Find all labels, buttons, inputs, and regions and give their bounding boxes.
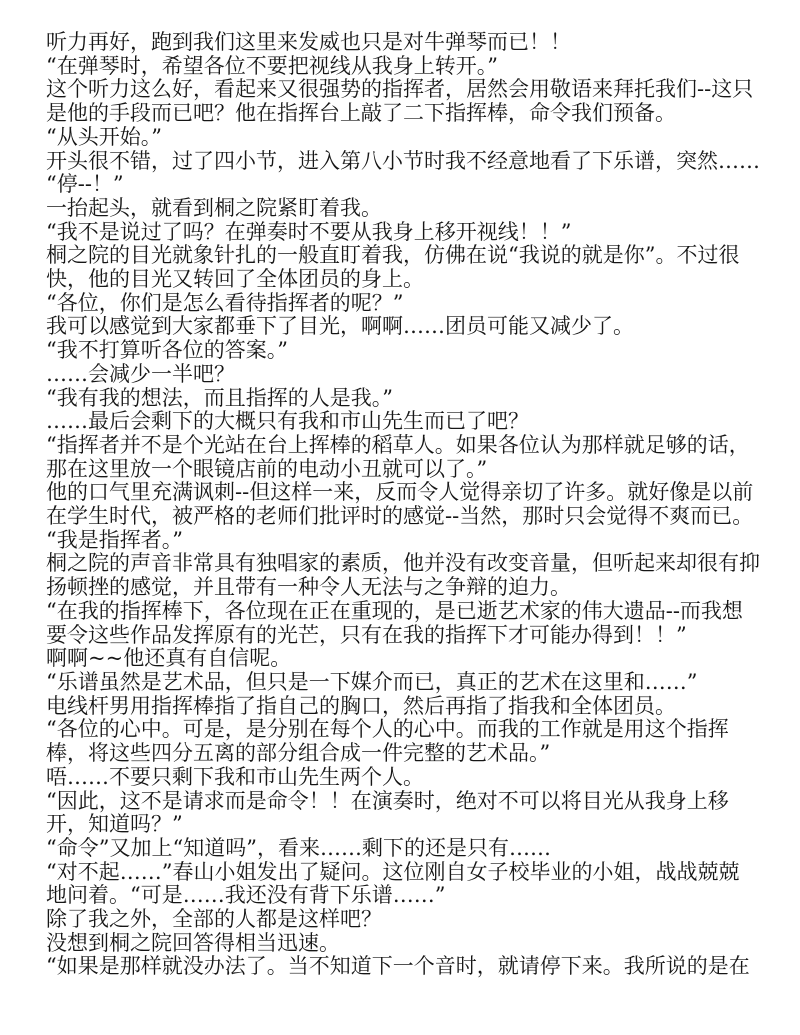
text-line: “从头开始。” [46, 126, 772, 150]
text-line: 在学生时代，被严格的老师们批评时的感觉--当然，那时只会觉得不爽而已。 [46, 505, 772, 529]
text-line: 他的口气里充满讽刺--但这样一来，反而令人觉得亲切了许多。就好像是以前 [46, 481, 772, 505]
text-line: “我是指挥者。” [46, 529, 772, 553]
text-line: “对不起……”春山小姐发出了疑问。这位刚自女子校毕业的小姐，战战兢兢 [46, 861, 772, 885]
text-line: 那在这里放一个眼镜店前的电动小丑就可以了。” [46, 458, 772, 482]
text-line: “停--！” [46, 173, 772, 197]
text-line: 我可以感觉到大家都垂下了目光，啊啊……团员可能又减少了。 [46, 315, 772, 339]
text-line: “因此，这不是请求而是命令！！在演奏时，绝对不可以将目光从我身上移 [46, 790, 772, 814]
text-line: ……会减少一半吧？ [46, 363, 772, 387]
text-line: “乐谱虽然是艺术品，但只是一下媒介而已，真正的艺术在这里和……” [46, 671, 772, 695]
text-line: 桐之院的目光就象针扎的一般直盯着我，仿佛在说“我说的就是你”。不过很 [46, 244, 772, 268]
text-line: 扬顿挫的感觉，并且带有一种令人无法与之争辩的迫力。 [46, 576, 772, 600]
text-line: 快，他的目光又转回了全体团员的身上。 [46, 268, 772, 292]
text-line: “在我的指挥棒下，各位现在正在重现的，是已逝艺术家的伟大遗品--而我想 [46, 600, 772, 624]
text-line: “我不是说过了吗？在弹奏时不要从我身上移开视线！！” [46, 221, 772, 245]
text-line: “各位的心中。可是，是分别在每个人的心中。而我的工作就是用这个指挥 [46, 718, 772, 742]
text-line: “我有我的想法，而且指挥的人是我。” [46, 387, 772, 411]
text-line: 桐之院的声音非常具有独唱家的素质，他并没有改变音量，但听起来却很有抑 [46, 552, 772, 576]
text-line: 要令这些作品发挥原有的光芒，只有在我的指挥下才可能办得到！！” [46, 624, 772, 648]
text-line: 电线杆男用指挥棒指了指自己的胸口，然后再指了指我和全体团员。 [46, 695, 772, 719]
text-line: “各位，你们是怎么看待指挥者的呢？” [46, 292, 772, 316]
text-line: 一抬起头，就看到桐之院紧盯着我。 [46, 197, 772, 221]
text-line: 棒，将这些四分五离的部分组合成一件完整的艺术品。” [46, 742, 772, 766]
text-line: “如果是那样就没办法了。当不知道下一个音时，就请停下来。我所说的是在 [46, 955, 772, 979]
text-line: 啊啊~~他还真有自信呢。 [46, 647, 772, 671]
text-line: ……最后会剩下的大概只有我和市山先生而已了吧？ [46, 410, 772, 434]
text-line: 没想到桐之院回答得相当迅速。 [46, 932, 772, 956]
text-line: 除了我之外，全部的人都是这样吧？ [46, 908, 772, 932]
text-line: 唔……不要只剩下我和市山先生两个人。 [46, 766, 772, 790]
novel-page: 听力再好，跑到我们这里来发威也只是对牛弹琴而已！！“在弹琴时，希望各位不要把视线… [0, 0, 800, 1035]
text-line: “我不打算听各位的答案。” [46, 339, 772, 363]
text-line: 听力再好，跑到我们这里来发威也只是对牛弹琴而已！！ [46, 31, 772, 55]
text-line: “指挥者并不是个光站在台上挥棒的稻草人。如果各位认为那样就足够的话， [46, 434, 772, 458]
text-line: 地问着。“可是……我还没有背下乐谱……” [46, 884, 772, 908]
novel-text-block: 听力再好，跑到我们这里来发威也只是对牛弹琴而已！！“在弹琴时，希望各位不要把视线… [46, 31, 772, 979]
text-line: 是他的手段而已吧？他在指挥台上敲了二下指挥棒，命令我们预备。 [46, 102, 772, 126]
text-line: “命令”又加上“知道吗”，看来……剩下的还是只有…… [46, 837, 772, 861]
text-line: 开头很不错，过了四小节，进入第八小节时我不经意地看了下乐谱，突然…… [46, 150, 772, 174]
text-line: “在弹琴时，希望各位不要把视线从我身上转开。” [46, 55, 772, 79]
text-line: 开，知道吗？” [46, 813, 772, 837]
text-line: 这个听力这么好，看起来又很强势的指挥者，居然会用敬语来拜托我们--这只 [46, 78, 772, 102]
